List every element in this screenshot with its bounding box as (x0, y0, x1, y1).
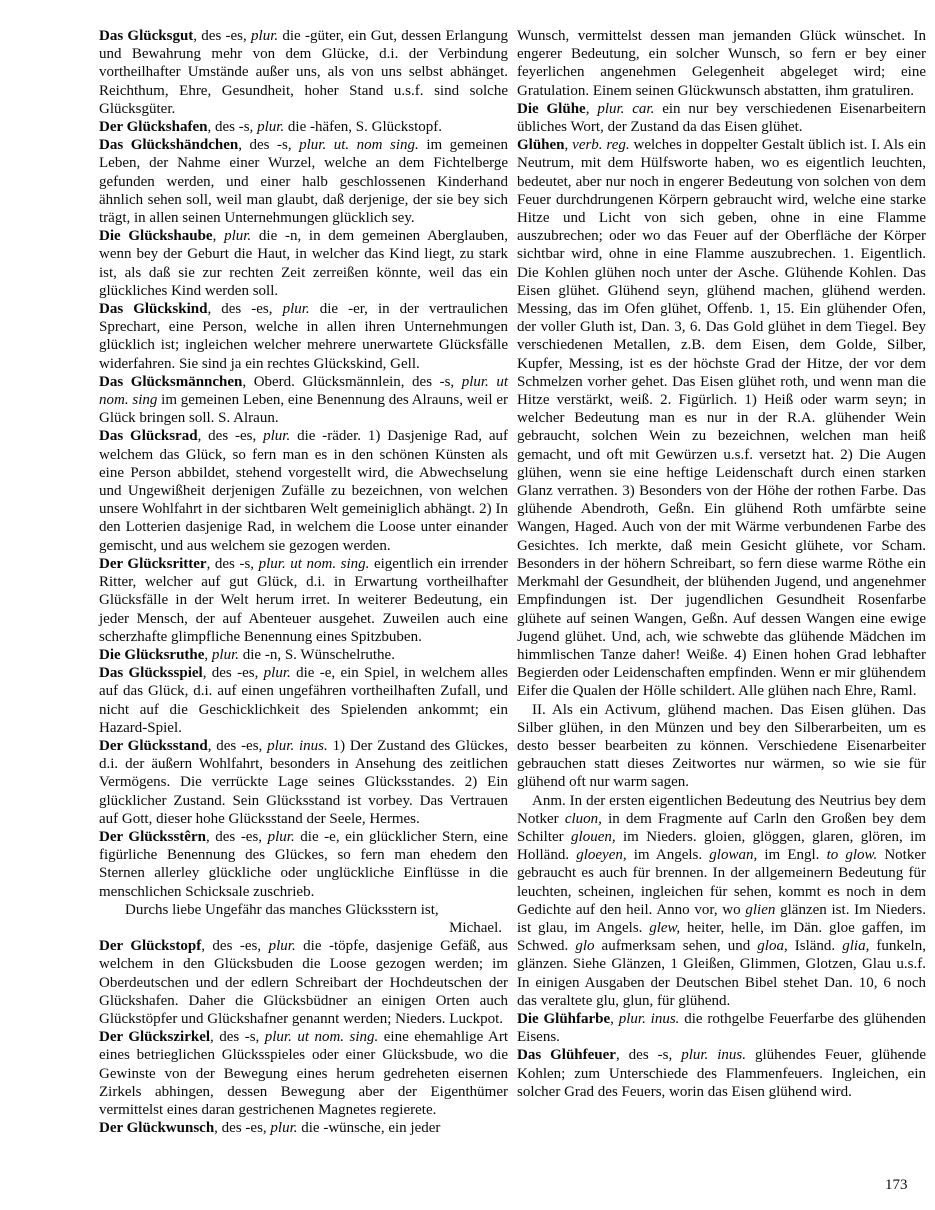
body-text: , des -es, (198, 428, 264, 444)
right-column: Wunsch, vermittelst dessen man jemanden … (517, 27, 926, 1137)
body-text: aufmerksam sehen, und (594, 938, 757, 954)
body-text: , (610, 1011, 619, 1027)
verse-line: Durchs liebe Ungefähr das manches Glücks… (99, 901, 508, 919)
body-text: welches in doppelter Gestalt üblich ist.… (517, 137, 926, 699)
body-text: Wunsch, vermittelst dessen man jemanden … (517, 28, 926, 99)
headword: Der Glücksstêrn (99, 829, 206, 845)
body-text: , des -es, (206, 829, 268, 845)
dictionary-entry: Der Glücksritter, des -s, plur. ut nom. … (99, 555, 508, 646)
dictionary-entry: Der Glückwunsch, des -es, plur. die -wün… (99, 1119, 508, 1137)
body-text: im Angels. (627, 847, 710, 863)
italic-text: cluon, (565, 811, 602, 827)
dictionary-entry: Der Glückstopf, des -es, plur. die -töpf… (99, 937, 508, 1028)
headword: Das Glückskind (99, 301, 207, 317)
dictionary-page: Das Glücksgut, des -es, plur. die -güter… (0, 0, 935, 1210)
body-text: , des -s, (210, 1029, 265, 1045)
italic-text: plur. inus. (267, 738, 328, 754)
body-text: Durchs liebe Ungefähr das manches Glücks… (125, 902, 439, 918)
entry-paragraph: II. Als ein Activum, glühend machen. Das… (517, 701, 926, 792)
italic-text: plur. ut nom. sing. (265, 1029, 379, 1045)
headword: Der Glücksstand (99, 738, 208, 754)
left-column: Das Glücksgut, des -es, plur. die -güter… (99, 27, 508, 1137)
headword: Glühen (517, 137, 565, 153)
italic-text: plur. (269, 938, 296, 954)
headword: Das Glückshändchen (99, 137, 238, 153)
headword: Das Glücksmännchen (99, 374, 242, 390)
italic-text: plur. (263, 428, 290, 444)
text-columns: Das Glücksgut, des -es, plur. die -güter… (99, 27, 926, 1137)
italic-text: glo (575, 938, 594, 954)
dictionary-entry: Die Glühfarbe, plur. inus. die rothgelbe… (517, 1010, 926, 1046)
italic-text: plur. (251, 28, 278, 44)
italic-text: to glow. (827, 847, 878, 863)
headword: Die Glühfarbe (517, 1011, 610, 1027)
italic-text: plur. (257, 119, 284, 135)
body-text: die -räder. 1) Dasjenige Rad, auf welche… (99, 428, 508, 553)
headword: Der Glückshafen (99, 119, 207, 135)
dictionary-entry: Der Glücksstêrn, des -es, plur. die -e, … (99, 828, 508, 901)
dictionary-entry: Die Glühe, plur. car. ein nur bey versch… (517, 100, 926, 136)
italic-text: plur. (264, 665, 291, 681)
body-text: , des -s, (238, 137, 299, 153)
headword: Der Glückszirkel (99, 1029, 210, 1045)
dictionary-entry: Der Glückszirkel, des -s, plur. ut nom. … (99, 1028, 508, 1119)
italic-text: plur. inus. (681, 1047, 746, 1063)
italic-text: verb. reg. (572, 137, 629, 153)
italic-text: plur. (283, 301, 310, 317)
dictionary-entry: Das Glühfeuer, des -s, plur. inus. glühe… (517, 1046, 926, 1101)
headword: Der Glückstopf (99, 938, 201, 954)
italic-text: plur. (212, 647, 239, 663)
headword: Die Glühe (517, 101, 586, 117)
dictionary-entry: Die Glücksruthe, plur. die -n, S. Wünsch… (99, 646, 508, 664)
italic-text: gloa, (757, 938, 787, 954)
dictionary-entry: Der Glücksstand, des -es, plur. inus. 1)… (99, 737, 508, 828)
body-text: die -n, S. Wünschelruthe. (239, 647, 395, 663)
italic-text: glia, (842, 938, 869, 954)
italic-text: plur. ut nom. sing. (259, 556, 370, 572)
headword: Der Glückwunsch (99, 1120, 214, 1136)
headword: Das Glücksspiel (99, 665, 203, 681)
dictionary-entry: Glühen, verb. reg. welches in doppelter … (517, 136, 926, 700)
italic-text: plur. (270, 1120, 297, 1136)
headword: Das Glühfeuer (517, 1047, 616, 1063)
headword: Das Glücksrad (99, 428, 198, 444)
body-text: , des -es, (201, 938, 268, 954)
body-text: Michael. (449, 920, 502, 936)
italic-text: plur. (224, 228, 251, 244)
dictionary-entry: Das Glücksrad, des -es, plur. die -räder… (99, 427, 508, 554)
body-text: im gemeinen Leben, eine Benennung des Al… (99, 392, 508, 426)
italic-text: glowan, (709, 847, 757, 863)
dictionary-entry: Das Glücksmännchen, Oberd. Glücksmännlei… (99, 373, 508, 428)
italic-text: plur. (268, 829, 295, 845)
body-text: II. Als ein Activum, glühend machen. Das… (517, 702, 926, 791)
italic-text: plur. inus. (619, 1011, 680, 1027)
headword: Der Glücksritter (99, 556, 207, 572)
body-text: , des -es, (203, 665, 264, 681)
body-text: die -wünsche, ein jeder (298, 1120, 441, 1136)
dictionary-entry: Das Glücksgut, des -es, plur. die -güter… (99, 27, 508, 118)
italic-text: gloeyen, (576, 847, 626, 863)
body-text: , des -s, (207, 556, 259, 572)
entry-continuation: Wunsch, vermittelst dessen man jemanden … (517, 27, 926, 100)
body-text: die -häfen, S. Glückstopf. (284, 119, 442, 135)
dictionary-entry: Die Glückshaube, plur. die -n, in dem ge… (99, 227, 508, 300)
dictionary-entry: Der Glückshafen, des -s, plur. die -häfe… (99, 118, 508, 136)
headword: Die Glücksruthe (99, 647, 204, 663)
body-text: Isländ. (788, 938, 843, 954)
body-text: , des -es, (207, 301, 282, 317)
italic-text: glouen, (571, 829, 616, 845)
dictionary-entry: Das Glückskind, des -es, plur. die -er, … (99, 300, 508, 373)
body-text: , des -s, (207, 119, 257, 135)
page-number: 173 (885, 1176, 908, 1194)
headword: Das Glücksgut (99, 28, 193, 44)
italic-text: glew, (649, 920, 680, 936)
body-text: , Oberd. Glücksmännlein, des -s, (242, 374, 461, 390)
body-text: , (204, 647, 212, 663)
body-text: , (565, 137, 573, 153)
headword: Die Glückshaube (99, 228, 213, 244)
body-text: , des -es, (214, 1120, 270, 1136)
body-text: , (213, 228, 224, 244)
italic-text: plur. car. (597, 101, 654, 117)
body-text: , des -es, (208, 738, 267, 754)
body-text: , des -s, (616, 1047, 681, 1063)
italic-text: glien (745, 902, 775, 918)
dictionary-entry: Das Glückshändchen, des -s, plur. ut. no… (99, 136, 508, 227)
body-text: , (586, 101, 598, 117)
verse-attribution: Michael. (99, 919, 508, 937)
italic-text: plur. ut. nom sing. (299, 137, 419, 153)
body-text: , des -es, (193, 28, 251, 44)
dictionary-entry: Das Glücksspiel, des -es, plur. die -e, … (99, 664, 508, 737)
body-text: im Engl. (757, 847, 826, 863)
entry-paragraph: Anm. In der ersten eigentlichen Bedeutun… (517, 792, 926, 1010)
